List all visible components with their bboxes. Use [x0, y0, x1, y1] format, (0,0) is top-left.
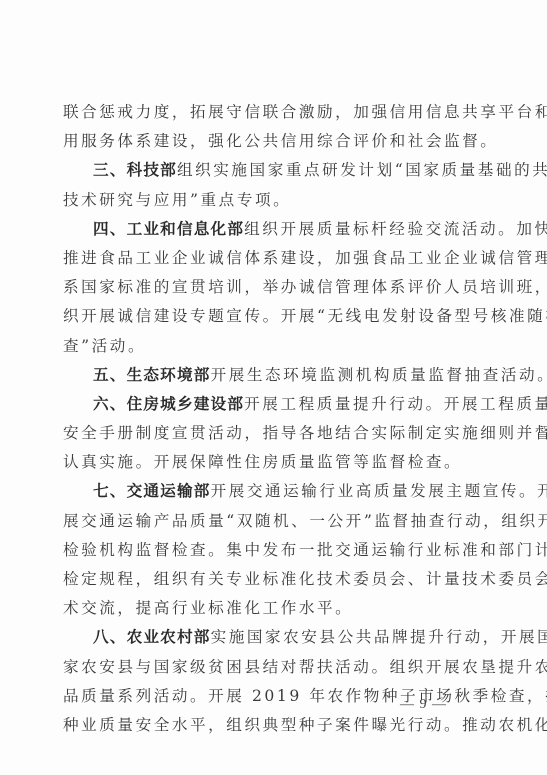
text-line: 八、农业农村部实施国家农安县公共品牌提升行动，开展国 [63, 623, 459, 652]
text-line: 家农安县与国家级贫困县结对帮扶活动。组织开展农垦提升农产 [63, 653, 459, 682]
text-line: 六、住房城乡建设部开展工程质量提升行动。开展工程质量 [63, 390, 459, 419]
text-span: 开展工程质量提升行动。开展工程质量 [244, 395, 547, 413]
text-line: 系国家标准的宣贯培训，举办诚信管理体系评价人员培训班，组 [63, 273, 459, 302]
text-span: 开展生态环境监测机构质量监督抽查活动。 [211, 366, 547, 384]
text-span: 实施国家农安县公共品牌提升行动，开展国 [211, 628, 547, 646]
page-number: — 9 — [400, 697, 447, 713]
paragraph-ministry-industry-it: 四、工业和信息化部组织开展质量标杆经验交流活动。加快 推进食品工业企业诚信体系建… [63, 215, 459, 361]
text-line: 联合惩戒力度，拓展守信联合激励，加强信用信息共享平台和信 [63, 98, 459, 127]
text-line: 七、交通运输部开展交通运输行业高质量发展主题宣传。开 [63, 477, 459, 506]
section-heading: 五、生态环境部 [93, 366, 211, 384]
text-line: 织开展诚信建设专题宣传。开展“无线电发射设备型号核准随机抽 [63, 302, 459, 331]
paragraph-ministry-ecology-environment: 五、生态环境部开展生态环境监测机构质量监督抽查活动。 [63, 361, 459, 390]
paragraph-credit-supervision: 联合惩戒力度，拓展守信联合激励，加强信用信息共享平台和信 用服务体系建设，强化公… [63, 98, 459, 156]
document-page: 联合惩戒力度，拓展守信联合激励，加强信用信息共享平台和信 用服务体系建设，强化公… [0, 0, 547, 775]
text-line: 五、生态环境部开展生态环境监测机构质量监督抽查活动。 [63, 361, 459, 390]
text-line: 查”活动。 [63, 332, 459, 361]
text-line: 四、工业和信息化部组织开展质量标杆经验交流活动。加快 [63, 215, 459, 244]
section-heading: 六、住房城乡建设部 [93, 395, 244, 413]
paragraph-ministry-housing: 六、住房城乡建设部开展工程质量提升行动。开展工程质量 安全手册制度宣贯活动，指导… [63, 390, 459, 478]
text-line: 推进食品工业企业诚信体系建设，加强食品工业企业诚信管理体 [63, 244, 459, 273]
text-span: 组织实施国家重点研发计划“国家质量基础的共性 [177, 161, 547, 179]
text-line: 术交流，提高行业标准化工作水平。 [63, 594, 459, 623]
text-line: 种业质量安全水平，组织典型种子案件曝光行动。推动农机化高 [63, 711, 459, 740]
paragraph-ministry-science-technology: 三、科技部组织实施国家重点研发计划“国家质量基础的共性 技术研究与应用”重点专项… [63, 156, 459, 214]
text-line: 三、科技部组织实施国家重点研发计划“国家质量基础的共性 [63, 156, 459, 185]
text-span: 组织开展质量标杆经验交流活动。加快 [244, 220, 547, 238]
section-heading: 三、科技部 [93, 161, 177, 179]
text-line: 认真实施。开展保障性住房质量监管等监督检查。 [63, 448, 459, 477]
text-line: 安全手册制度宣贯活动，指导各地结合实际制定实施细则并督促 [63, 419, 459, 448]
section-heading: 四、工业和信息化部 [93, 220, 244, 238]
text-line: 检定规程，组织有关专业标准化技术委员会、计量技术委员会技 [63, 565, 459, 594]
document-body: 联合惩戒力度，拓展守信联合激励，加强信用信息共享平台和信 用服务体系建设，强化公… [63, 98, 459, 740]
text-span: 开展交通运输行业高质量发展主题宣传。开 [211, 482, 547, 500]
text-line: 技术研究与应用”重点专项。 [63, 186, 459, 215]
text-line: 检验机构监督检查。集中发布一批交通运输行业标准和部门计量 [63, 536, 459, 565]
text-line: 用服务体系建设，强化公共信用综合评价和社会监督。 [63, 127, 459, 156]
paragraph-ministry-transport: 七、交通运输部开展交通运输行业高质量发展主题宣传。开 展交通运输产品质量“双随机… [63, 477, 459, 623]
text-line: 展交通运输产品质量“双随机、一公开”监督抽查行动，组织开展 [63, 507, 459, 536]
paragraph-ministry-agriculture: 八、农业农村部实施国家农安县公共品牌提升行动，开展国 家农安县与国家级贫困县结对… [63, 623, 459, 740]
section-heading: 八、农业农村部 [93, 628, 211, 646]
section-heading: 七、交通运输部 [93, 482, 211, 500]
